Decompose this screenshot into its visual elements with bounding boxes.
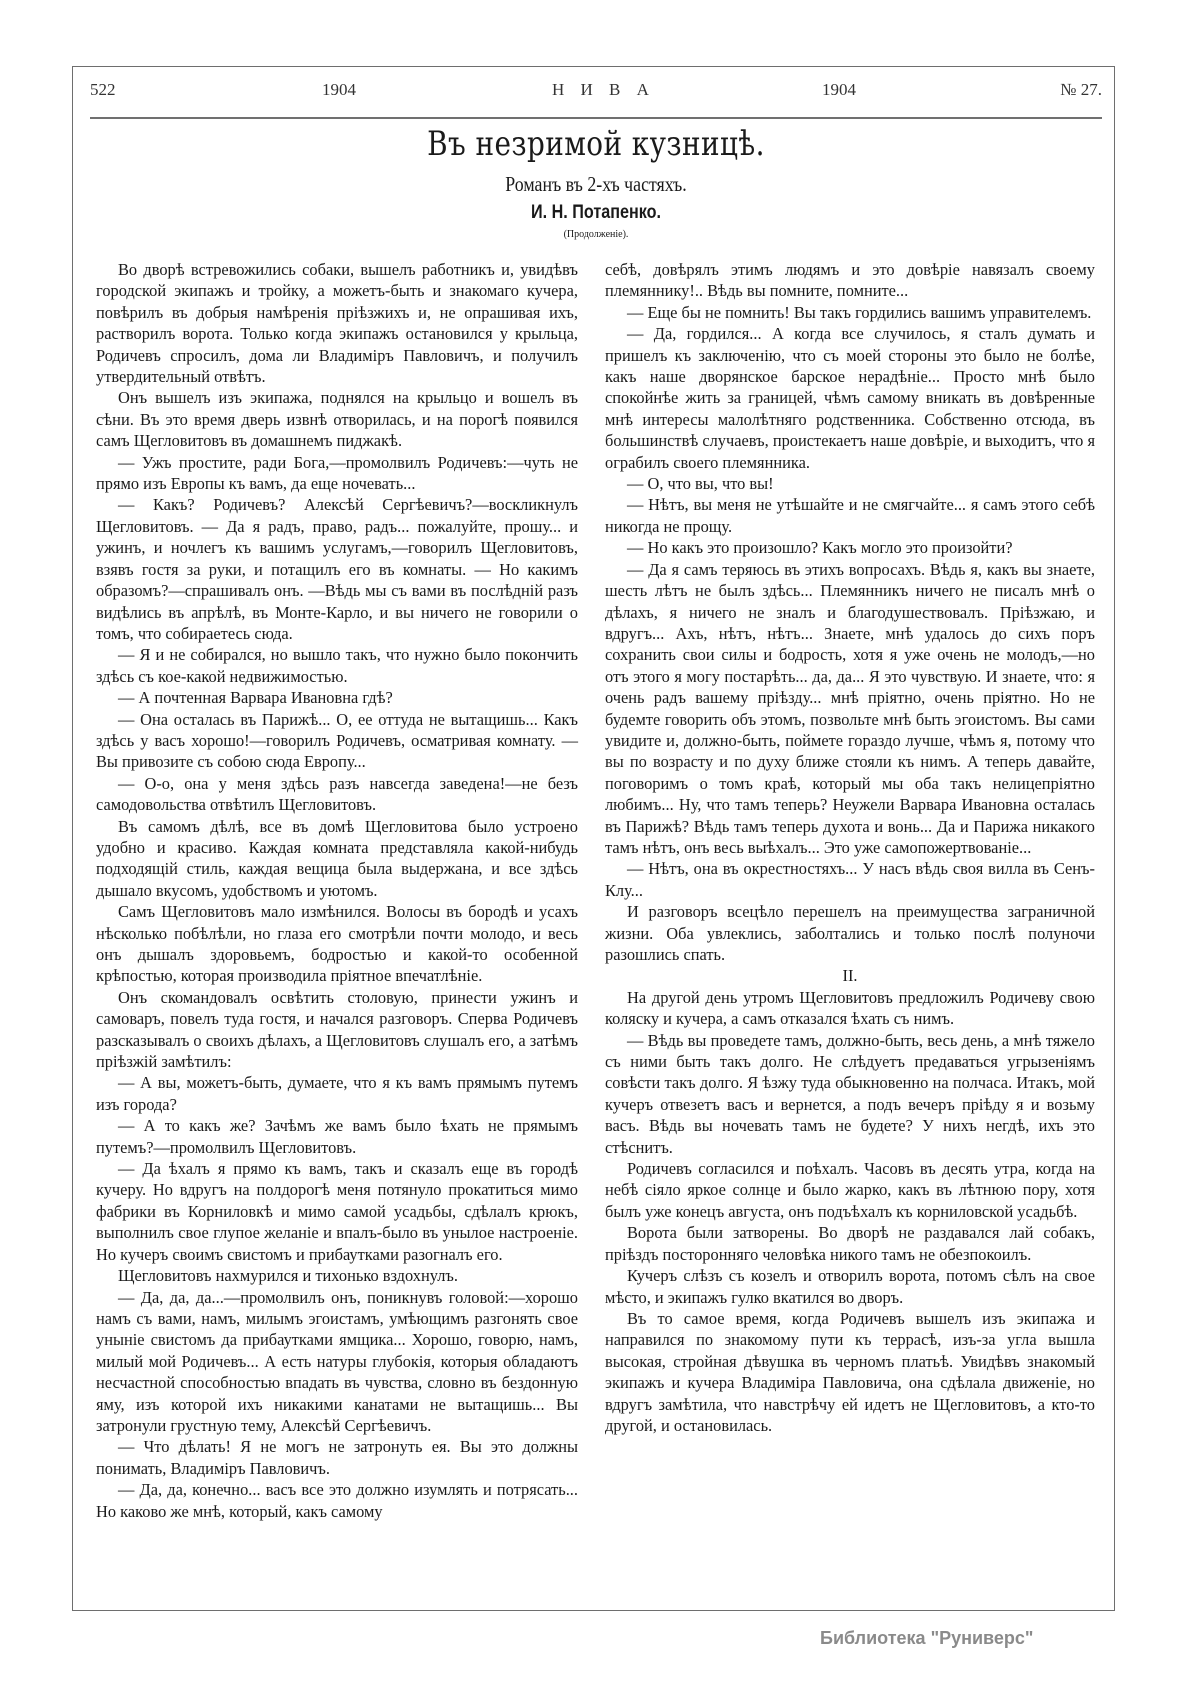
paragraph: — А то какъ же? Зачѣмъ же вамъ было ѣхат… (96, 1115, 578, 1158)
paragraph: — О-о, она у меня здѣсь разъ навсегда за… (96, 773, 578, 816)
story-author: И. Н. Потапенко. (166, 200, 1026, 226)
paragraph: Въ самомъ дѣлѣ, все въ домѣ Щегловитова … (96, 816, 578, 902)
paragraph: — Ужъ простите, ради Бога,—промолвилъ Ро… (96, 452, 578, 495)
paragraph: — Вѣдь вы проведете тамъ, должно-быть, в… (605, 1030, 1095, 1158)
right-column: себѣ, довѣрялъ этимъ людямъ и это довѣрі… (605, 259, 1095, 1436)
header-rule (90, 117, 1102, 119)
issue-number: № 27. (1060, 80, 1102, 100)
paragraph: Во дворѣ встревожились собаки, вышелъ ра… (96, 259, 578, 387)
paragraph: Онъ скомандовалъ освѣтить столовую, прин… (96, 987, 578, 1073)
paragraph: Онъ вышелъ изъ экипажа, поднялся на крыл… (96, 387, 578, 451)
paragraph: Родичевъ согласился и поѣхалъ. Часовъ въ… (605, 1158, 1095, 1222)
year-right: 1904 (822, 80, 856, 100)
paragraph: — Еще бы не помнить! Вы такъ гордились в… (605, 302, 1095, 323)
paragraph: Въ то самое время, когда Родичевъ вышелъ… (605, 1308, 1095, 1436)
paragraph: — Она осталась въ Парижѣ... О, ее оттуда… (96, 709, 578, 773)
running-head: 522 1904 Н И В А 1904 № 27. (90, 80, 1102, 106)
section-number: II. (605, 965, 1095, 986)
paragraph: И разговоръ всецѣло перешелъ на преимуще… (605, 901, 1095, 965)
paragraph: Самъ Щегловитовъ мало измѣнился. Волосы … (96, 901, 578, 987)
story-title: Въ незримой кузницѣ. (181, 122, 1011, 166)
paragraph: — Да, да, да...—промолвилъ онъ, поникнув… (96, 1287, 578, 1437)
paragraph: — О, что вы, что вы! (605, 473, 1095, 494)
paragraph: — Да я самъ теряюсь въ этихъ вопросахъ. … (605, 559, 1095, 859)
paragraph: — А вы, можетъ-быть, думаете, что я къ в… (96, 1072, 578, 1115)
paragraph: — Нѣтъ, вы меня не утѣшайте и не смягчай… (605, 494, 1095, 537)
paragraph: — Да ѣхалъ я прямо къ вамъ, такъ и сказа… (96, 1158, 578, 1265)
paragraph: — Я и не собирался, но вышло такъ, что н… (96, 644, 578, 687)
paragraph: — Нѣтъ, она въ окрестностяхъ... У насъ в… (605, 858, 1095, 901)
paragraph: Щегловитовъ нахмурился и тихонько вздохн… (96, 1265, 578, 1286)
paragraph: — Какъ? Родичевъ? Алексѣй Сергѣевичъ?—во… (96, 494, 578, 644)
paragraph: — А почтенная Варвара Ивановна гдѣ? (96, 687, 578, 708)
paragraph: — Но какъ это произошло? Какъ могло это … (605, 537, 1095, 558)
story-heading: Въ незримой кузницѣ. Романъ въ 2-хъ част… (90, 122, 1102, 242)
paragraph: Ворота были затворены. Во дворѣ не разда… (605, 1222, 1095, 1265)
paragraph: себѣ, довѣрялъ этимъ людямъ и это довѣрі… (605, 259, 1095, 302)
continuation-note: (Продолженіе). (90, 228, 1102, 242)
paragraph: Кучеръ слѣзъ съ козелъ и отворилъ ворота… (605, 1265, 1095, 1308)
library-watermark: Библиотека "Руниверс" (820, 1628, 1033, 1649)
paragraph: На другой день утромъ Щегловитовъ предло… (605, 987, 1095, 1030)
paragraph: — Да, да, конечно... васъ все это должно… (96, 1479, 578, 1522)
journal-title: Н И В А (552, 80, 655, 100)
story-subtitle: Романъ въ 2-хъ частяхъ. (166, 170, 1026, 198)
paragraph: — Да, гордился... А когда все случилось,… (605, 323, 1095, 473)
year-left: 1904 (322, 80, 356, 100)
left-column: Во дворѣ встревожились собаки, вышелъ ра… (96, 259, 578, 1522)
paragraph: — Что дѣлать! Я не могъ не затронуть ея.… (96, 1436, 578, 1479)
page-number: 522 (90, 80, 116, 100)
